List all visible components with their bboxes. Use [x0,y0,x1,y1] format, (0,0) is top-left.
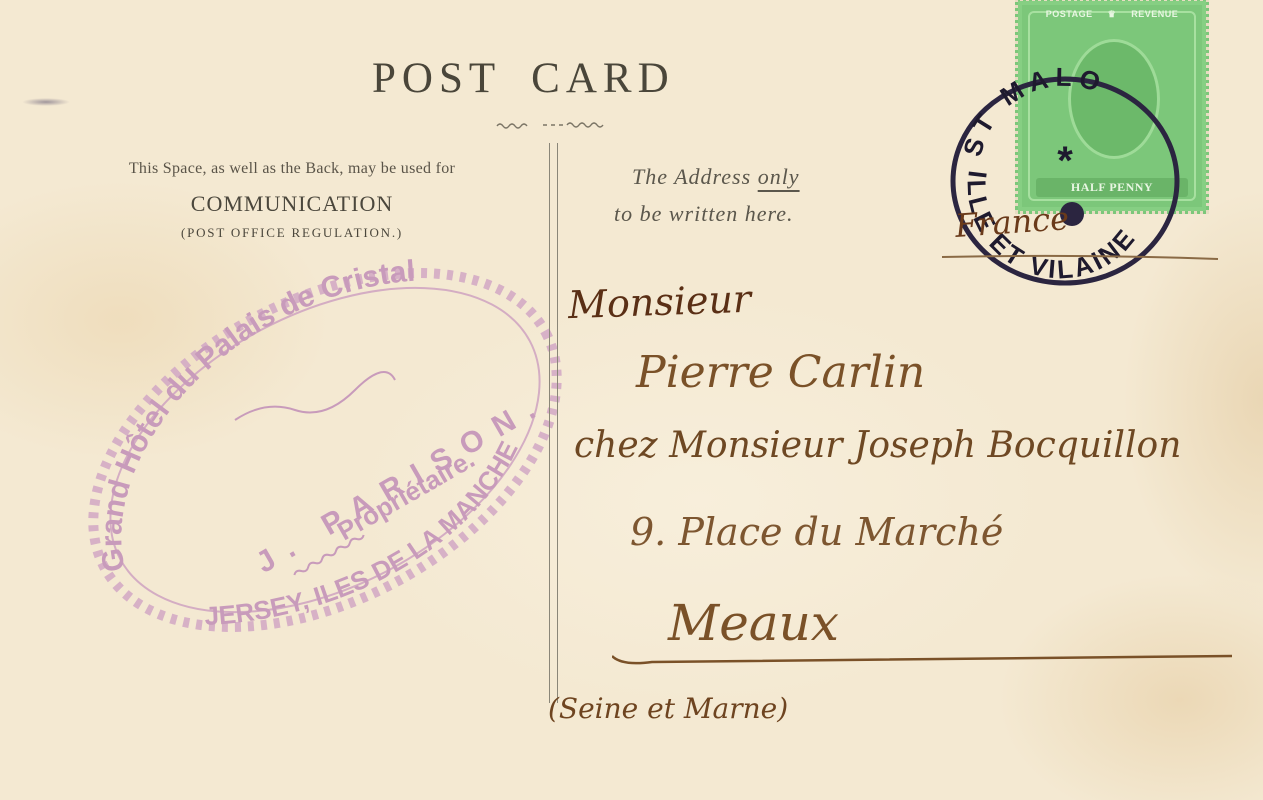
address-country: France [954,199,1070,245]
svg-text:ST MALO: ST MALO [957,66,1110,160]
divider-line-left [549,143,550,703]
address-note-line1: The Address only [614,158,800,195]
country-underline [940,252,1220,262]
communication-instructions: This Space, as well as the Back, may be … [72,160,512,241]
address-city: Meaux [668,594,839,652]
address-instructions: The Address only to be written here. [614,158,800,232]
address-note-emphasis: only [758,164,800,189]
address-salutation: Monsieur [567,277,751,327]
ornament-flourish-icon [495,120,615,130]
address-department: (Seine et Marne) [548,692,788,725]
address-note-line2: to be written here. [614,195,800,232]
postmark-star-icon: * [1057,139,1073,183]
stamp-top-labels: POSTAGE ♛ REVENUE [1018,9,1206,20]
city-underline [612,652,1232,666]
crown-icon: ♛ [1108,9,1117,19]
hotel-cachet-stamp: Grand Hôtel du Palais de Cristal J. PARI… [55,240,595,660]
stamp-revenue-label: REVENUE [1131,9,1178,19]
divider-line-right [557,143,558,703]
ink-smudge [22,98,70,106]
communication-note-line: This Space, as well as the Back, may be … [72,160,512,178]
post-office-regulation: (POST OFFICE REGULATION.) [72,225,512,241]
communication-heading: COMMUNICATION [72,191,512,217]
postmark-town: ST MALO [957,66,1110,160]
address-note-prefix: The Address [632,164,758,189]
postcard-title: POSTCARD [372,54,762,103]
address-recipient: Pierre Carlin [636,347,925,398]
stamp-postage-label: POSTAGE [1046,9,1093,19]
title-word-card: CARD [531,55,674,102]
title-word-post: POST [372,55,501,102]
address-street: 9. Place du Marché [630,510,1003,554]
address-care-of: chez Monsieur Joseph Bocquillon [574,425,1181,466]
postcard-back: POSTCARD This Space, as well as the Back… [0,0,1263,800]
